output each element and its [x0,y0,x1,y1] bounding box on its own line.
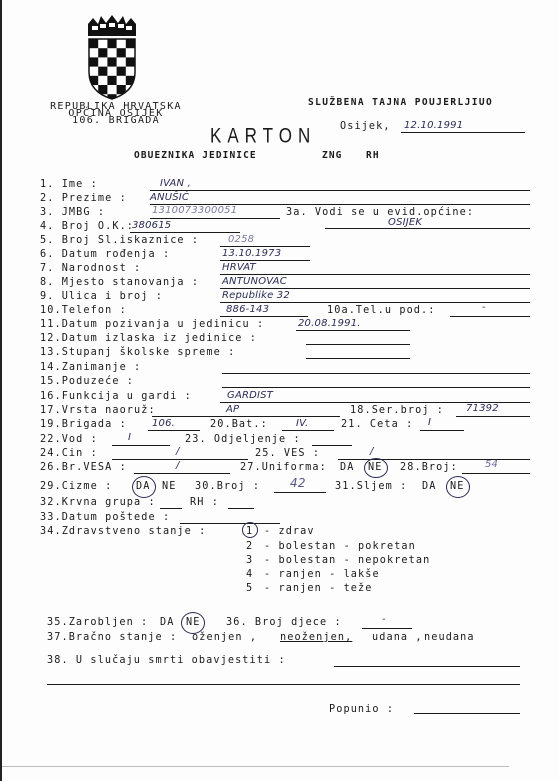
field-14-line [222,373,530,374]
croatian-coat-of-arms-icon [84,14,140,100]
selected-circle-mark [364,458,388,478]
subtitle-unit: ZNG [322,150,342,162]
health-option-num[interactable]: 1 [246,526,253,538]
field-2-value[interactable]: ANUŠIĆ [150,192,189,203]
scan-edge-bottom [2,766,509,767]
place-date-value: 12.10.1991 [404,120,463,131]
health-option-text: - zdrav [264,526,315,538]
field-37-option[interactable]: udana , [372,632,423,644]
field-27-label: 27.Uniforma: [240,462,327,474]
field-21-line [420,430,464,431]
field-22-line [112,445,170,446]
place-date-line [401,132,525,133]
field-6-value[interactable]: 13.10.1973 [222,248,281,259]
place-label: Osijek, [340,121,391,133]
field-21-value[interactable]: I [428,417,431,428]
field-25-value[interactable]: / [370,446,374,457]
health-option-num[interactable]: 5 [246,583,253,595]
field-19-line [148,430,200,431]
subtitle-country: RH [366,150,380,162]
field-28-label: 28.Broj: [400,462,458,474]
field-20-line [282,430,334,431]
field-36-value[interactable]: - [382,614,386,625]
field-17-value[interactable]: AP [226,404,239,415]
field-8-label: 8. Mjesto stanovanja : [40,277,199,289]
field-24-label: 24.Cin : [40,448,98,460]
field-15-line [222,387,530,388]
field-30-label: 30.Broj : [195,481,260,493]
field-3a-value[interactable]: OSIJEK [388,217,422,228]
field-23-label: 23. Odjeljenje : [185,434,301,446]
field-20-label: 20.Bat.: [210,419,268,431]
field-7-label: 7. Narodnost : [40,263,141,275]
health-option-num[interactable]: 3 [246,555,253,567]
field-15-label: 15.Poduzeće : [40,376,134,388]
field-33-line [180,523,280,524]
field-33-label: 33.Datum poštede : [40,512,170,524]
field-28-line [462,473,530,474]
field-12-line [306,344,410,345]
field-36-label: 36. Broj djece : [226,617,342,629]
field-10a-label: 10a.Tel.u pod.: [327,305,436,317]
field-27-option-da[interactable]: DA [340,462,354,474]
selected-circle-mark [132,476,156,498]
filled-by-label: Popunio : [329,704,394,716]
field-23-line [312,445,352,446]
field-29-option-ne[interactable]: NE [162,481,176,493]
field-4-value[interactable]: 380615 [132,220,171,231]
field-24-value[interactable]: / [176,446,180,457]
document-page: REPUBLIKA HRVATSKA OPĆINA OSIJEK 106. BR… [0,0,559,781]
field-32-label: 32.Krvna grupa : [40,497,156,509]
field-19-label: 19.Brigada : [40,419,127,431]
health-option-num[interactable]: 2 [246,541,253,553]
field-3-line [150,218,280,219]
field-37-option[interactable]: neudana [424,632,475,644]
field-22-label: 22.Vod : [40,434,98,446]
field-17-line [152,416,340,417]
field-28-value[interactable]: 54 [485,459,498,470]
field-21-label: 21. Ceta : [341,419,413,431]
health-option-text: - bolestan - nepokretan [264,555,430,567]
field-3a-line [325,228,530,229]
field-12-label: 12.Datum izlaska iz jedinice : [40,333,257,345]
field-4-label: 4. Broj O.K.: [40,221,134,233]
field-6-line [220,260,310,261]
field-37-label: 37.Bračno stanje : [47,632,177,644]
field-18-line [456,416,530,417]
selected-circle-mark [446,476,470,498]
field-13-line [306,358,410,359]
scan-edge [0,0,2,781]
field-38-line [334,666,520,667]
field-25-label: 25. VES : [255,448,320,460]
field-3-label: 3. JMBG : [40,207,105,219]
field-18-label: 18.Ser.broj : [350,405,444,417]
field-26-label: 26.Br.VESA : [40,462,127,474]
field-7-value[interactable]: HRVAT [222,262,256,273]
field-10a-line [450,316,530,317]
field-5-label: 5. Broj Sl.iskaznice : [40,235,199,247]
filled-by-line [414,713,520,714]
field-16-value[interactable]: GARDIST [227,390,273,401]
field-31-label: 31.Sljem : [335,481,407,493]
field-35-label: 35.Zarobljen : [47,617,148,629]
field-36-line [362,628,412,629]
field-10-value[interactable]: 886-143 [226,304,269,315]
document-title: KARTON [210,124,316,149]
field-34-label: 34.Zdravstveno stanje : [40,526,206,538]
field-3-value[interactable]: 1310073300051 [152,205,237,216]
field-31-option-da[interactable]: DA [422,481,436,493]
field-35-option-da[interactable]: DA [160,617,174,629]
field-13-label: 13.Stupanj školske spreme : [40,347,235,359]
field-1-value[interactable]: IVAN , [160,178,191,189]
field-38-label: 38. U slučaju smrti obavjestiti : [47,655,286,667]
field-17-label: 17.Vrsta naoruž: [40,405,156,417]
field-37-option-selected[interactable]: neoženjen, [280,632,352,644]
field-22-value[interactable]: I [128,432,131,443]
field-7-line [220,274,530,275]
field-1-line [150,190,530,191]
field-5-value[interactable]: 0258 [228,234,254,245]
field-4-line [130,232,240,233]
field-5-line [220,246,310,247]
field-30-line [274,492,326,493]
field-6-label: 6. Datum rođenja : [40,249,170,261]
field-32-rh-label: RH : [190,497,219,509]
health-option-text: - bolestan - pokretan [264,541,416,553]
field-20-value[interactable]: IV. [296,418,308,429]
field-10-label: 10.Telefon : [40,305,127,317]
field-38-line-2 [47,684,520,685]
field-11-label: 11.Datum pozivanja u jedinicu : [40,319,264,331]
field-8-value[interactable]: ANTUNOVAC [222,276,287,287]
field-30-value[interactable]: 42 [290,478,306,489]
field-16-label: 16.Funkcija u gardi : [40,391,192,403]
health-option-text: - ranjen - lakše [264,569,380,581]
field-9-value[interactable]: Republike 32 [222,290,290,301]
field-32-line [160,508,182,509]
field-11-value[interactable]: 20.08.1991. [298,318,361,329]
field-37-option[interactable]: oženjen , [192,632,257,644]
field-11-line [296,330,410,331]
field-26-line [134,473,230,474]
field-10-line [220,316,308,317]
field-32-rh-line [228,508,254,509]
document-subtitle: OBUEZNIKA JEDINICE [134,150,257,162]
field-29-label: 29.Cizme : [40,481,112,493]
field-2-label: 2. Prezime : [40,193,127,205]
field-10a-value[interactable]: - [482,302,486,313]
health-option-text: - ranjen - teže [264,583,373,595]
selected-circle-mark [181,612,205,634]
field-26-value[interactable]: / [176,460,180,471]
classification-label: SLUŽBENA TAJNA POUJERLJIUO [308,97,493,109]
field-8-line [220,288,530,289]
header-brigade: 106. BRIGADA [38,116,194,126]
field-24-line [112,459,248,460]
field-3a-label: 3a. Vodi se u evid.općine: [286,207,474,219]
field-18-value[interactable]: 71392 [466,403,499,414]
field-19-value[interactable]: 106. [152,418,175,429]
health-option-num[interactable]: 4 [246,569,253,581]
field-9-label: 9. Ulica i broj : [40,291,163,303]
field-1-label: 1. Ime : [40,179,98,191]
field-14-label: 14.Zanimanje : [40,362,141,374]
